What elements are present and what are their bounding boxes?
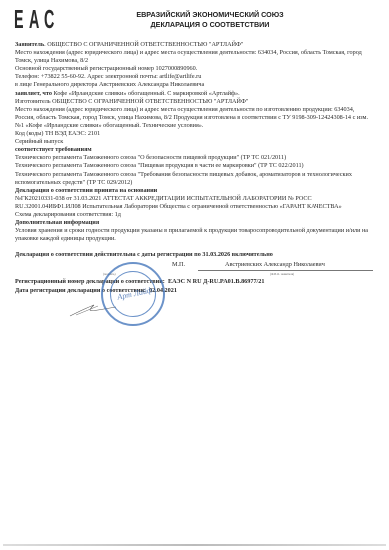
requirements-heading: соответствует требованиям bbox=[15, 146, 375, 154]
eac-letter-e: Е bbox=[14, 6, 21, 32]
signatory-name: Австриевских Александр Николаевич bbox=[225, 261, 325, 269]
applicant-name: ОБЩЕСТВО С ОГРАНИЧЕННОЙ ОТВЕТСТВЕННОСТЬЮ… bbox=[47, 41, 243, 48]
additional-info-text: Условия хранения и сроки годности продук… bbox=[15, 227, 375, 243]
additional-info-heading: Дополнительная информация bbox=[15, 219, 375, 227]
applicant-ogrn: Основной государственный регистрационный… bbox=[15, 65, 375, 73]
declaration-scheme: Схема декларирования соответствия: 1д bbox=[15, 211, 375, 219]
declares-line: заявляет, что Кофе «Ирландские сливки» о… bbox=[15, 90, 375, 98]
registration-date-line: Дата регистрации декларации о соответств… bbox=[15, 287, 375, 295]
document-body: Заявитель. ОБЩЕСТВО С ОГРАНИЧЕННОЙ ОТВЕТ… bbox=[15, 41, 375, 295]
seal-placeholder: М.П. bbox=[172, 261, 185, 269]
applicant-line: Заявитель. ОБЩЕСТВО С ОГРАНИЧЕННОЙ ОТВЕТ… bbox=[15, 41, 375, 49]
tn-ved-code: Код (коды) ТН ВЭД ЕАЭС: 2101 bbox=[15, 130, 375, 138]
basis-text: №ГК20210331-038 от 31.03.2021 АТТЕСТАТ А… bbox=[15, 195, 375, 211]
validity-statement: Декларация о соответствии действительна … bbox=[15, 251, 375, 259]
name-caption: (Ф.И.О. заявителя) bbox=[270, 270, 294, 278]
requirement-item: Технического регламента Таможенного союз… bbox=[15, 162, 375, 170]
release-type: Серийный выпуск bbox=[15, 138, 375, 146]
document-title: ДЕКЛАРАЦИЯ О СООТВЕТСТВИИ bbox=[60, 20, 360, 29]
eac-letter-a: А bbox=[29, 6, 36, 32]
manufacturer-label: Изготовитель bbox=[15, 98, 51, 105]
declares-label: заявляет, что bbox=[15, 90, 52, 97]
requirement-item: Технического регламента Таможенного союз… bbox=[15, 154, 375, 162]
manufacturer-name: ОБЩЕСТВО С ОГРАНИЧЕННОЙ ОТВЕТСТВЕННОСТЬЮ… bbox=[52, 98, 248, 105]
applicant-representative: в лице Генерального директора Австриевск… bbox=[15, 81, 375, 89]
applicant-address: Место нахождения (адрес юридического лиц… bbox=[15, 49, 375, 65]
page-edge-line bbox=[3, 544, 386, 546]
union-title: ЕВРАЗИЙСКИЙ ЭКОНОМИЧЕСКИЙ СОЮЗ bbox=[60, 10, 360, 19]
eac-mark-icon: Е А С bbox=[14, 6, 52, 32]
applicant-contacts: Телефон: +73822 55-60-92. Адрес электрон… bbox=[15, 73, 375, 81]
applicant-label: Заявитель bbox=[15, 41, 44, 48]
basis-heading: Декларация о соответствии принята на осн… bbox=[15, 187, 375, 195]
eac-letter-c: С bbox=[44, 6, 51, 32]
registration-number: ЕАЭС N RU Д-RU.PA01.B.86977/21 bbox=[168, 278, 265, 285]
registration-number-line: Регистрационный номер декларации о соотв… bbox=[15, 278, 375, 286]
manufacturer-address: Место нахождения (адрес юридического лиц… bbox=[15, 106, 375, 130]
manufacturer-line: Изготовитель ОБЩЕСТВО С ОГРАНИЧЕННОЙ ОТВ… bbox=[15, 98, 375, 106]
signature-row: М.П. Австриевских Александр Николаевич (… bbox=[15, 259, 375, 278]
company-stamp-icon: Арт Лайф bbox=[101, 262, 165, 326]
product-name: Кофе «Ирландские сливки» обогащенный. С … bbox=[54, 90, 240, 97]
requirement-item: Технического регламента Таможенного союз… bbox=[15, 171, 375, 187]
